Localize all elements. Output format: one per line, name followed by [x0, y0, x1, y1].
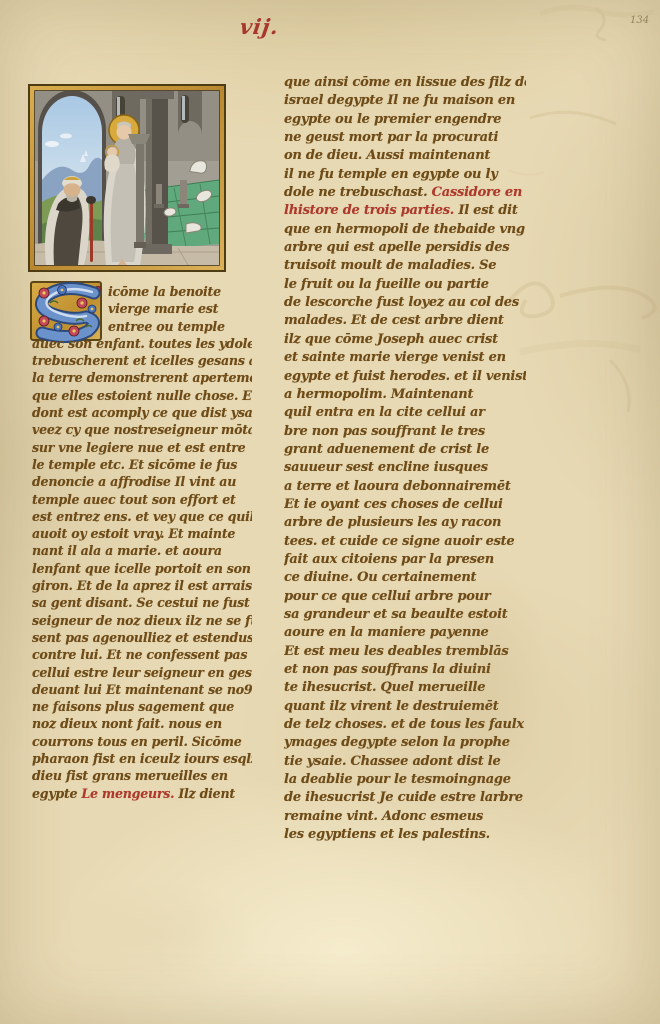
body-text: dont est acomply ce que dist ysaie: [32, 405, 252, 420]
body-text: contre lui. Et ne confessent pas: [32, 647, 247, 662]
manuscript-text-line: dont est acomply ce que dist ysaie: [32, 404, 252, 421]
manuscript-text-line: truisoit moult de maladies. Se: [284, 257, 526, 275]
manuscript-text-line: ne faisons plus sagement que: [32, 698, 252, 715]
body-text: quil entra en la cite cellui ar: [284, 405, 485, 420]
body-text: lenfant que icelle portoit en son: [32, 561, 251, 576]
body-text: le temple etc. Et sicōme ie fus: [32, 457, 237, 472]
body-text: courrons tous en peril. Sicōme: [32, 734, 242, 749]
body-text: Il est dit: [458, 203, 517, 218]
manuscript-text-line: la terre demonstrerent apertemēt: [32, 369, 252, 386]
body-text: on de dieu. Aussi maintenant: [284, 148, 490, 163]
body-text: tees. et cuide ce signe auoir este: [284, 534, 514, 549]
manuscript-text-line: bre non pas souffrant le tres: [284, 423, 526, 441]
body-text: deuant lui Et maintenant se no9: [32, 682, 252, 697]
body-text: trebuscherent et icelles gesans a: [32, 353, 252, 368]
manuscript-text-line: temple auec tout son effort et: [32, 491, 252, 508]
body-text: egypte ou le premier engendre: [284, 112, 501, 127]
body-text: de ihesucrist Je cuide estre larbre: [284, 790, 523, 805]
body-text: arbre qui est apelle persidis des: [284, 240, 509, 255]
parchment-stain: [430, 560, 550, 780]
manuscript-text-line: arbre de plusieurs les ay racon: [284, 514, 526, 532]
manuscript-text-line: egypte Le mengeurs. Ilz dient: [32, 785, 252, 802]
body-text: que elles estoient nulle chose. Et: [32, 388, 252, 403]
manuscript-text-line: egypte ou le premier engendre: [284, 111, 526, 129]
body-text: a terre et laoura debonnairemēt: [284, 479, 511, 494]
manuscript-text-line: pharaon fist en iceulz iours esqlz: [32, 750, 252, 767]
body-text: fait aux citoiens par la presen: [284, 552, 494, 567]
left-text-column: icōme la benoitevierge marie estentree o…: [32, 283, 252, 808]
body-text: le fruit ou la fueille ou partie: [284, 277, 489, 292]
body-text: nant il ala a marie. et aoura: [32, 543, 222, 558]
rubric-text: Le mengeurs.: [81, 786, 174, 801]
manuscript-text-line: auec son enfant. toutes les ydoles: [32, 335, 252, 352]
joseph-staff: [90, 202, 93, 262]
body-text: sauueur sest encline iusques: [284, 460, 488, 475]
body-text: egypte: [32, 786, 81, 801]
body-text: auec son enfant. toutes les ydoles: [32, 336, 252, 351]
body-text: a hermopolim. Maintenant: [284, 387, 473, 402]
manuscript-text-line: grant aduenement de crist le: [284, 441, 526, 459]
body-text: noz dieux nont fait. nous en: [32, 716, 222, 731]
manuscript-text-line: sent pas agenoulliez et estendus: [32, 629, 252, 646]
body-text: denoncie a affrodise Il vint au: [32, 474, 236, 489]
body-text: temple auec tout son effort et: [32, 492, 236, 507]
manuscript-text-line: ne geust mort par la procurati: [284, 129, 526, 147]
body-text: que ainsi cōme en lissue des filz de: [284, 75, 526, 90]
body-text: que en hermopoli de thebaide vng: [284, 222, 525, 237]
manuscript-text-line: il ne fu temple en egypte ou ly: [284, 166, 526, 184]
body-text: sent pas agenoulliez et estendus: [32, 630, 252, 645]
manuscript-text-line: Et ie oyant ces choses de cellui: [284, 496, 526, 514]
mid-column: [136, 144, 144, 244]
manuscript-text-line: noz dieux nont fait. nous en: [32, 715, 252, 732]
body-text: grant aduenement de crist le: [284, 442, 489, 457]
body-text: il ne fu temple en egypte ou ly: [284, 167, 498, 182]
manuscript-text-line: sauueur sest encline iusques: [284, 459, 526, 477]
body-text: de lescorche fust loyez au col des: [284, 295, 519, 310]
christ-child: [104, 146, 119, 173]
manuscript-text-line: nant il ala a marie. et aoura: [32, 542, 252, 559]
manuscript-text-line: malades. Et de cest arbre dient: [284, 312, 526, 330]
body-text: auoit oy estoit vray. Et mainte: [32, 526, 235, 541]
body-text: ilz que cōme Joseph auec crist: [284, 332, 498, 347]
body-text: israel degypte Il ne fu maison en: [284, 93, 515, 108]
body-text: malades. Et de cest arbre dient: [284, 313, 504, 328]
manuscript-text-line: on de dieu. Aussi maintenant: [284, 147, 526, 165]
body-text: cellui estre leur seigneur en gesāt: [32, 665, 252, 680]
manuscript-text-line: dieu fist grans merueilles en: [32, 767, 252, 784]
manuscript-text-line: quil entra en la cite cellui ar: [284, 404, 526, 422]
manuscript-text-line: a terre et laoura debonnairemēt: [284, 478, 526, 496]
body-text: sa gent disant. Se cestui ne fust: [32, 595, 250, 610]
folio-mark: vij.: [238, 14, 281, 39]
rubric-text: lhistore de trois parties.: [284, 203, 458, 218]
body-text: entree ou temple: [108, 319, 225, 334]
rubric-text: Cassidore en: [432, 185, 522, 200]
manuscript-text-line: les egyptiens et les palestins.: [284, 826, 526, 844]
manuscript-text-line: courrons tous en peril. Sicōme: [32, 733, 252, 750]
body-text: Et ie oyant ces choses de cellui: [284, 497, 503, 512]
body-text: ne geust mort par la procurati: [284, 130, 498, 145]
manuscript-text-line: de lescorche fust loyez au col des: [284, 294, 526, 312]
body-text: giron. Et de la aprez il est arraisone: [32, 578, 252, 593]
manuscript-text-line: sa gent disant. Se cestui ne fust: [32, 594, 252, 611]
manuscript-text-line: lenfant que icelle portoit en son: [32, 560, 252, 577]
manuscript-text-line: veez cy que nostreseigneur mōta: [32, 421, 252, 438]
miniature-virgin-child-temple: [28, 84, 226, 272]
manuscript-text-line: remaine vint. Adonc esmeus: [284, 808, 526, 826]
manuscript-text-line: sur vne legiere nue et est entre: [32, 439, 252, 456]
manuscript-text-line: icōme la benoite: [32, 283, 252, 300]
manuscript-text-line: que elles estoient nulle chose. Et: [32, 387, 252, 404]
manuscript-text-line: tees. et cuide ce signe auoir este: [284, 533, 526, 551]
manuscript-text-line: entree ou temple: [32, 318, 252, 335]
manuscript-text-line: que en hermopoli de thebaide vng: [284, 221, 526, 239]
body-text: dieu fist grans merueilles en: [32, 768, 228, 783]
manuscript-text-line: cellui estre leur seigneur en gesāt: [32, 664, 252, 681]
manuscript-text-line: est entrez ens. et vey que ce quil: [32, 508, 252, 525]
manuscript-text-line: auoit oy estoit vray. Et mainte: [32, 525, 252, 542]
manuscript-text-line: seigneur de noz dieux ilz ne se fus: [32, 612, 252, 629]
manuscript-text-line: ilz que cōme Joseph auec crist: [284, 331, 526, 349]
body-text: icōme la benoite: [108, 284, 221, 299]
manuscript-text-line: et sainte marie vierge venist en: [284, 349, 526, 367]
body-text: dole ne trebuschast.: [284, 185, 432, 200]
manuscript-text-line: vierge marie est: [32, 300, 252, 317]
body-text: arbre de plusieurs les ay racon: [284, 515, 501, 530]
manuscript-text-line: denoncie a affrodise Il vint au: [32, 473, 252, 490]
body-text: la terre demonstrerent apertemēt: [32, 370, 252, 385]
manuscript-text-line: giron. Et de la aprez il est arraisone: [32, 577, 252, 594]
body-text: ce diuine. Ou certainement: [284, 570, 476, 585]
manuscript-page: { "page": { "folio_mark": "vij.", "corne…: [0, 0, 660, 1024]
manuscript-text-line: egypte et fuist herodes. et il venist: [284, 368, 526, 386]
manuscript-text-line: contre lui. Et ne confessent pas: [32, 646, 252, 663]
manuscript-text-line: le temple etc. Et sicōme ie fus: [32, 456, 252, 473]
body-text: pharaon fist en iceulz iours esqlz: [32, 751, 252, 766]
manuscript-text-line: israel degypte Il ne fu maison en: [284, 92, 526, 110]
body-text: remaine vint. Adonc esmeus: [284, 809, 483, 824]
body-text: seigneur de noz dieux ilz ne se fus: [32, 613, 252, 628]
body-text: vierge marie est: [108, 301, 218, 316]
manuscript-text-line: trebuscherent et icelles gesans a: [32, 352, 252, 369]
body-text: les egyptiens et les palestins.: [284, 827, 490, 842]
manuscript-text-line: le fruit ou la fueille ou partie: [284, 276, 526, 294]
mary-face: [117, 125, 132, 140]
body-text: Ilz dient: [174, 786, 235, 801]
body-text: truisoit moult de maladies. Se: [284, 258, 496, 273]
manuscript-text-line: arbre qui est apelle persidis des: [284, 239, 526, 257]
manuscript-text-line: dole ne trebuschast. Cassidore en: [284, 184, 526, 202]
body-text: est entrez ens. et vey que ce quil: [32, 509, 252, 524]
manuscript-text-line: lhistore de trois parties. Il est dit: [284, 202, 526, 220]
body-text: ne faisons plus sagement que: [32, 699, 234, 714]
body-text: et sainte marie vierge venist en: [284, 350, 506, 365]
manuscript-text-line: deuant lui Et maintenant se no9: [32, 681, 252, 698]
body-text: bre non pas souffrant le tres: [284, 424, 485, 439]
body-text: veez cy que nostreseigneur mōta: [32, 422, 252, 437]
manuscript-text-line: de ihesucrist Je cuide estre larbre: [284, 789, 526, 807]
body-text: egypte et fuist herodes. et il venist: [284, 369, 526, 384]
manuscript-text-line: que ainsi cōme en lissue des filz de: [284, 74, 526, 92]
manuscript-text-line: a hermopolim. Maintenant: [284, 386, 526, 404]
parchment-stain: [60, 880, 260, 990]
body-text: sur vne legiere nue et est entre: [32, 440, 245, 455]
